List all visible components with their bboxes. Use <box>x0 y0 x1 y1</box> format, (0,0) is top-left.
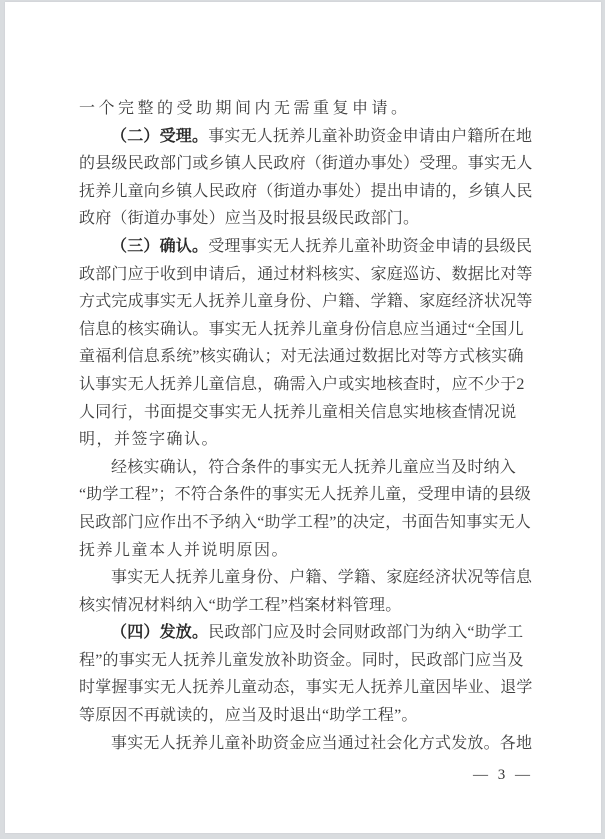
text-line: 抚养儿童本人并说明原因。 <box>79 537 529 565</box>
section-heading: （四）发放。 <box>111 624 208 641</box>
text-line: （三）确认。受理事实无人抚养儿童补助资金申请的县级民 <box>79 233 529 261</box>
text-line: 方式完成事实无人抚养儿童身份、户籍、学籍、家庭经济状况等 <box>79 288 529 316</box>
section-heading: （三）确认。 <box>111 238 208 255</box>
text-line: 明，并签字确认。 <box>79 426 529 454</box>
text-line: 童福利信息系统”核实确认；对无法通过数据比对等方式核实确 <box>79 343 529 371</box>
text-line: 政府（街道办事处）应当及时报县级民政部门。 <box>79 205 529 233</box>
text-line: 的县级民政部门或乡镇人民政府（街道办事处）受理。事实无人 <box>79 150 529 178</box>
page-number: — 3 — <box>473 767 533 784</box>
text-line: （四）发放。民政部门应及时会同财政部门为纳入“助学工 <box>79 619 529 647</box>
text-line: 事实无人抚养儿童身份、户籍、学籍、家庭经济状况等信息 <box>79 564 529 592</box>
text-line: 经核实确认，符合条件的事实无人抚养儿童应当及时纳入 <box>79 454 529 482</box>
text-line: 核实情况材料纳入“助学工程”档案材料管理。 <box>79 592 529 620</box>
scanned-page-frame: 一个完整的受助期间内无需重复申请。 （二）受理。事实无人抚养儿童补助资金申请由户… <box>0 0 605 839</box>
section-heading: （二）受理。 <box>111 128 208 145</box>
text-line: 抚养儿童向乡镇人民政府（街道办事处）提出申请的，乡镇人民 <box>79 178 529 206</box>
text-line: 信息的核实确认。事实无人抚养儿童身份信息应当通过“全国儿 <box>79 316 529 344</box>
text-line: 事实无人抚养儿童补助资金应当通过社会化方式发放。各地 <box>79 730 529 758</box>
text-line: 一个完整的受助期间内无需重复申请。 <box>79 95 529 123</box>
text-line: （二）受理。事实无人抚养儿童补助资金申请由户籍所在地 <box>79 123 529 151</box>
text-line: “助学工程”；不符合条件的事实无人抚养儿童，受理申请的县级 <box>79 481 529 509</box>
text-line: 程”的事实无人抚养儿童发放补助资金。同时，民政部门应当及 <box>79 647 529 675</box>
text-line: 政部门应于收到申请后，通过材料核实、家庭巡访、数据比对等 <box>79 261 529 289</box>
text-line: 人同行，书面提交事实无人抚养儿童相关信息实地核查情况说 <box>79 399 529 427</box>
text-line: 民政部门应作出不予纳入“助学工程”的决定，书面告知事实无人 <box>79 509 529 537</box>
text-line: 等原因不再就读的，应当及时退出“助学工程”。 <box>79 702 529 730</box>
document-page: 一个完整的受助期间内无需重复申请。 （二）受理。事实无人抚养儿童补助资金申请由户… <box>5 2 601 833</box>
text-line: 时掌握事实无人抚养儿童动态，事实无人抚养儿童因毕业、退学 <box>79 674 529 702</box>
text-line: 认事实无人抚养儿童信息，确需入户或实地核查时，应不少于2 <box>79 371 529 399</box>
document-body: 一个完整的受助期间内无需重复申请。 （二）受理。事实无人抚养儿童补助资金申请由户… <box>79 95 529 757</box>
